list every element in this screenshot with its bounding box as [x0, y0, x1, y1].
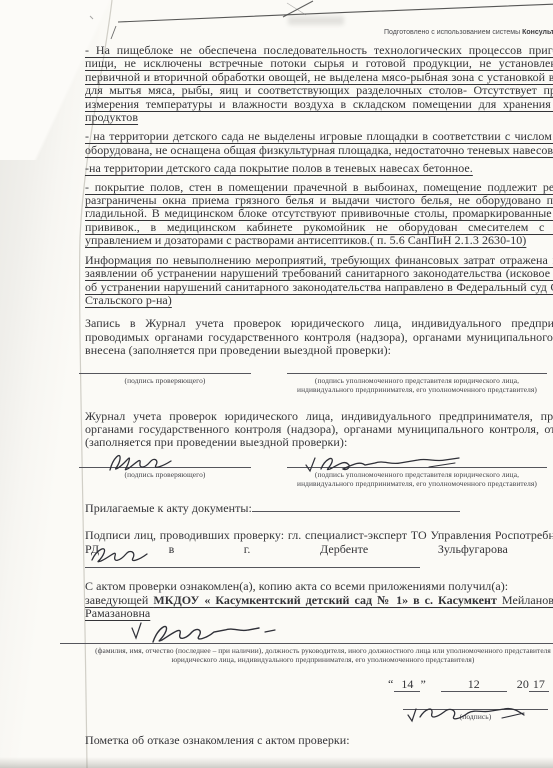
attached-documents-row: Прилагаемые к акту документы:	[85, 500, 553, 515]
recipient-signature-scribble	[127, 619, 277, 649]
date-row: “14”122017г,	[85, 678, 553, 692]
violation-foodblock-paragraph: - На пищеблоке не обеспечена последовате…	[85, 44, 553, 124]
signature-block-journal-entry: (подпись проверяющего) (подпись уполномо…	[85, 372, 553, 394]
recipient-paragraph: заведующей МКДОУ « Касумкентский детский…	[85, 594, 553, 621]
date-century: 20	[517, 677, 529, 691]
attached-documents-blank-line	[252, 500, 460, 512]
lawsuit-info-paragraph: Информация по невыполнению мероприятий, …	[85, 254, 553, 308]
refusal-note-paragraph: Пометка об отказе ознакомления с актом п…	[85, 734, 553, 747]
representative-signature-line	[287, 372, 547, 374]
consultantplus-note: Подготовлено с использованием системы Ко…	[384, 29, 553, 36]
acknowledgement-paragraph: С актом проверки ознакомлен(а), копию ак…	[85, 580, 553, 593]
date-month: 12	[441, 678, 507, 692]
representative-signature-field: (подпись уполномоченного представителя ю…	[287, 372, 547, 394]
bleedthrough-smudge	[288, 16, 344, 25]
representative-signature-caption: (подпись уполномоченного представителя ю…	[287, 376, 547, 394]
inspector-signature-caption: (подпись проверяющего)	[79, 376, 251, 385]
journal-absent-paragraph: Журнал учета проверок юридического лица,…	[85, 410, 553, 450]
date-day: 14	[394, 677, 420, 692]
paper-sheet: Подготовлено с использованием системы Ко…	[0, 0, 553, 768]
date-signature-scribble	[405, 704, 530, 726]
inspector-signature-line	[79, 372, 251, 374]
representative-signature-scribble	[303, 452, 463, 476]
zulfugarova-signature-scribble	[89, 543, 151, 567]
date-year: 17	[529, 677, 549, 692]
date-close-quote: ”	[420, 677, 426, 691]
inspectors-signatures-paragraph: Подписи лиц, проводивших проверку: гл. с…	[85, 529, 553, 571]
inspector-signature-scribble	[107, 448, 177, 476]
consultantplus-note-prefix: Подготовлено с использованием системы	[384, 29, 522, 36]
recipient-position: заведующей	[85, 593, 153, 607]
violation-laundry-medblock-paragraph: - покрытие полов, стен в помещении праче…	[85, 181, 553, 248]
signature-block-journal-absent: (подпись проверяющего) (подпись уполномо…	[85, 466, 553, 488]
consultantplus-brand: КонсультантПлюс	[522, 29, 553, 36]
scanned-document-page: Подготовлено с использованием системы Ко…	[0, 0, 553, 768]
inspector-signature-field: (подпись проверяющего)	[79, 372, 251, 394]
violation-playgrounds-paragraph: - на территории детского сада не выделен…	[85, 130, 553, 157]
violation-floors-paragraph: -на территории детского сада покрытие по…	[85, 162, 553, 175]
inspectors-signatures-text: Подписи лиц, проводивших проверку: гл. с…	[85, 528, 553, 555]
date-signature-field: (подпись)	[403, 708, 548, 721]
journal-entry-paragraph: Запись в Журнал учета проверок юридическ…	[85, 317, 553, 357]
attached-documents-label: Прилагаемые к акту документы:	[85, 501, 252, 515]
inspector-sign-blank-line	[85, 556, 420, 568]
recipient-signature-row	[85, 621, 553, 643]
recipient-organization: МКДОУ « Касумкентский детский сад № 1» в…	[153, 593, 497, 607]
document-body: - На пищеблоке не обеспечена последовате…	[85, 44, 553, 752]
